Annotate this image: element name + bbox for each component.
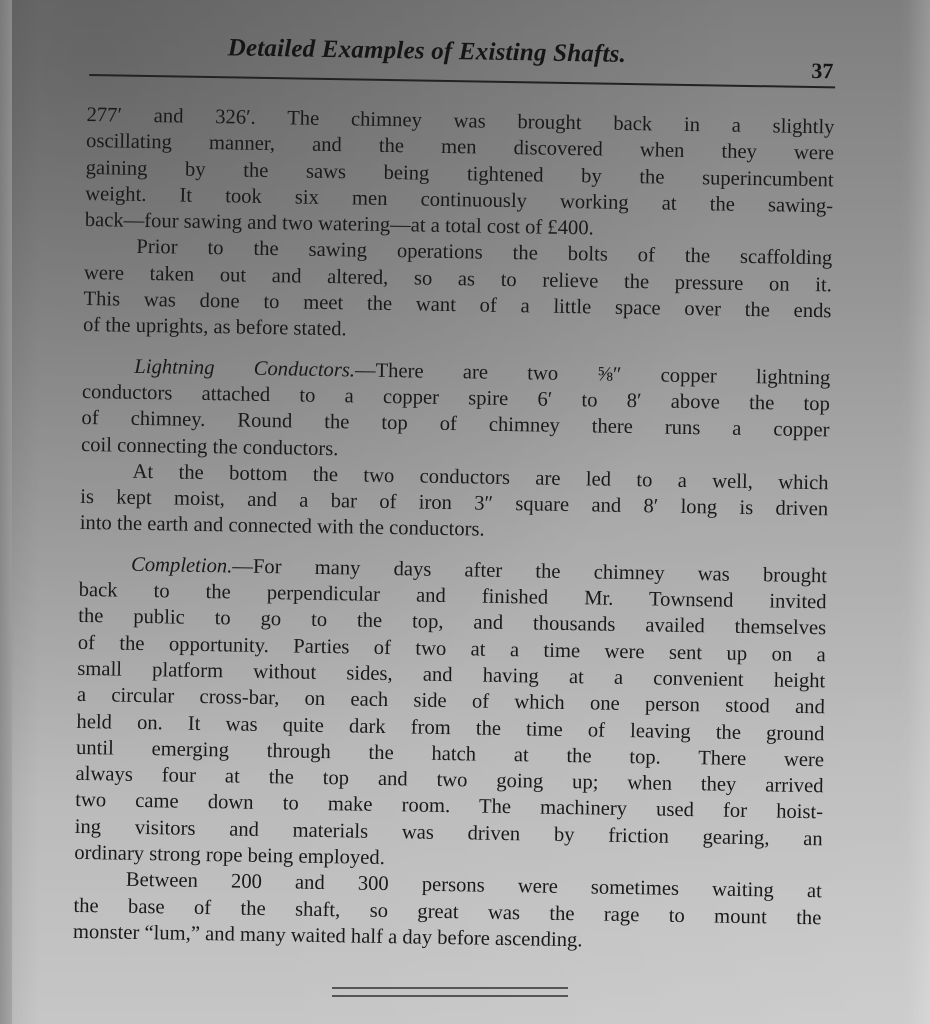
- section-heading-completion: Completion.: [131, 554, 233, 578]
- section-heading-lightning-conductors: Lightning Conductors.: [134, 355, 355, 381]
- running-title: Detailed Examples of Existing Shafts.: [227, 34, 626, 69]
- body-text: 277′ and 326′. The chimney was brought b…: [73, 102, 835, 957]
- running-head: Detailed Examples of Existing Shafts. 37: [87, 28, 836, 98]
- paragraph-completion: Completion.—For many days after the chim…: [74, 551, 827, 879]
- page-number: 37: [811, 58, 833, 84]
- paragraph-lightning-conductors: Lightning Conductors.—There are two ⅝″ c…: [81, 353, 831, 471]
- paragraph-visitors-waiting: Between 200 and 300 persons were sometim…: [73, 866, 822, 957]
- book-page: Detailed Examples of Existing Shafts. 37…: [73, 28, 836, 957]
- page-gutter-shadow: [0, 0, 12, 1024]
- paragraph-sawing-operations: Prior to the sawing operations the bolts…: [83, 233, 833, 351]
- paragraph-earthing: At the bottom the two conductors are led…: [80, 458, 829, 549]
- page-edge: [908, 0, 930, 1024]
- header-rule: [89, 74, 835, 88]
- end-of-section-double-rule: [332, 987, 568, 997]
- paragraph-chimney-return: 277′ and 326′. The chimney was brought b…: [85, 102, 835, 246]
